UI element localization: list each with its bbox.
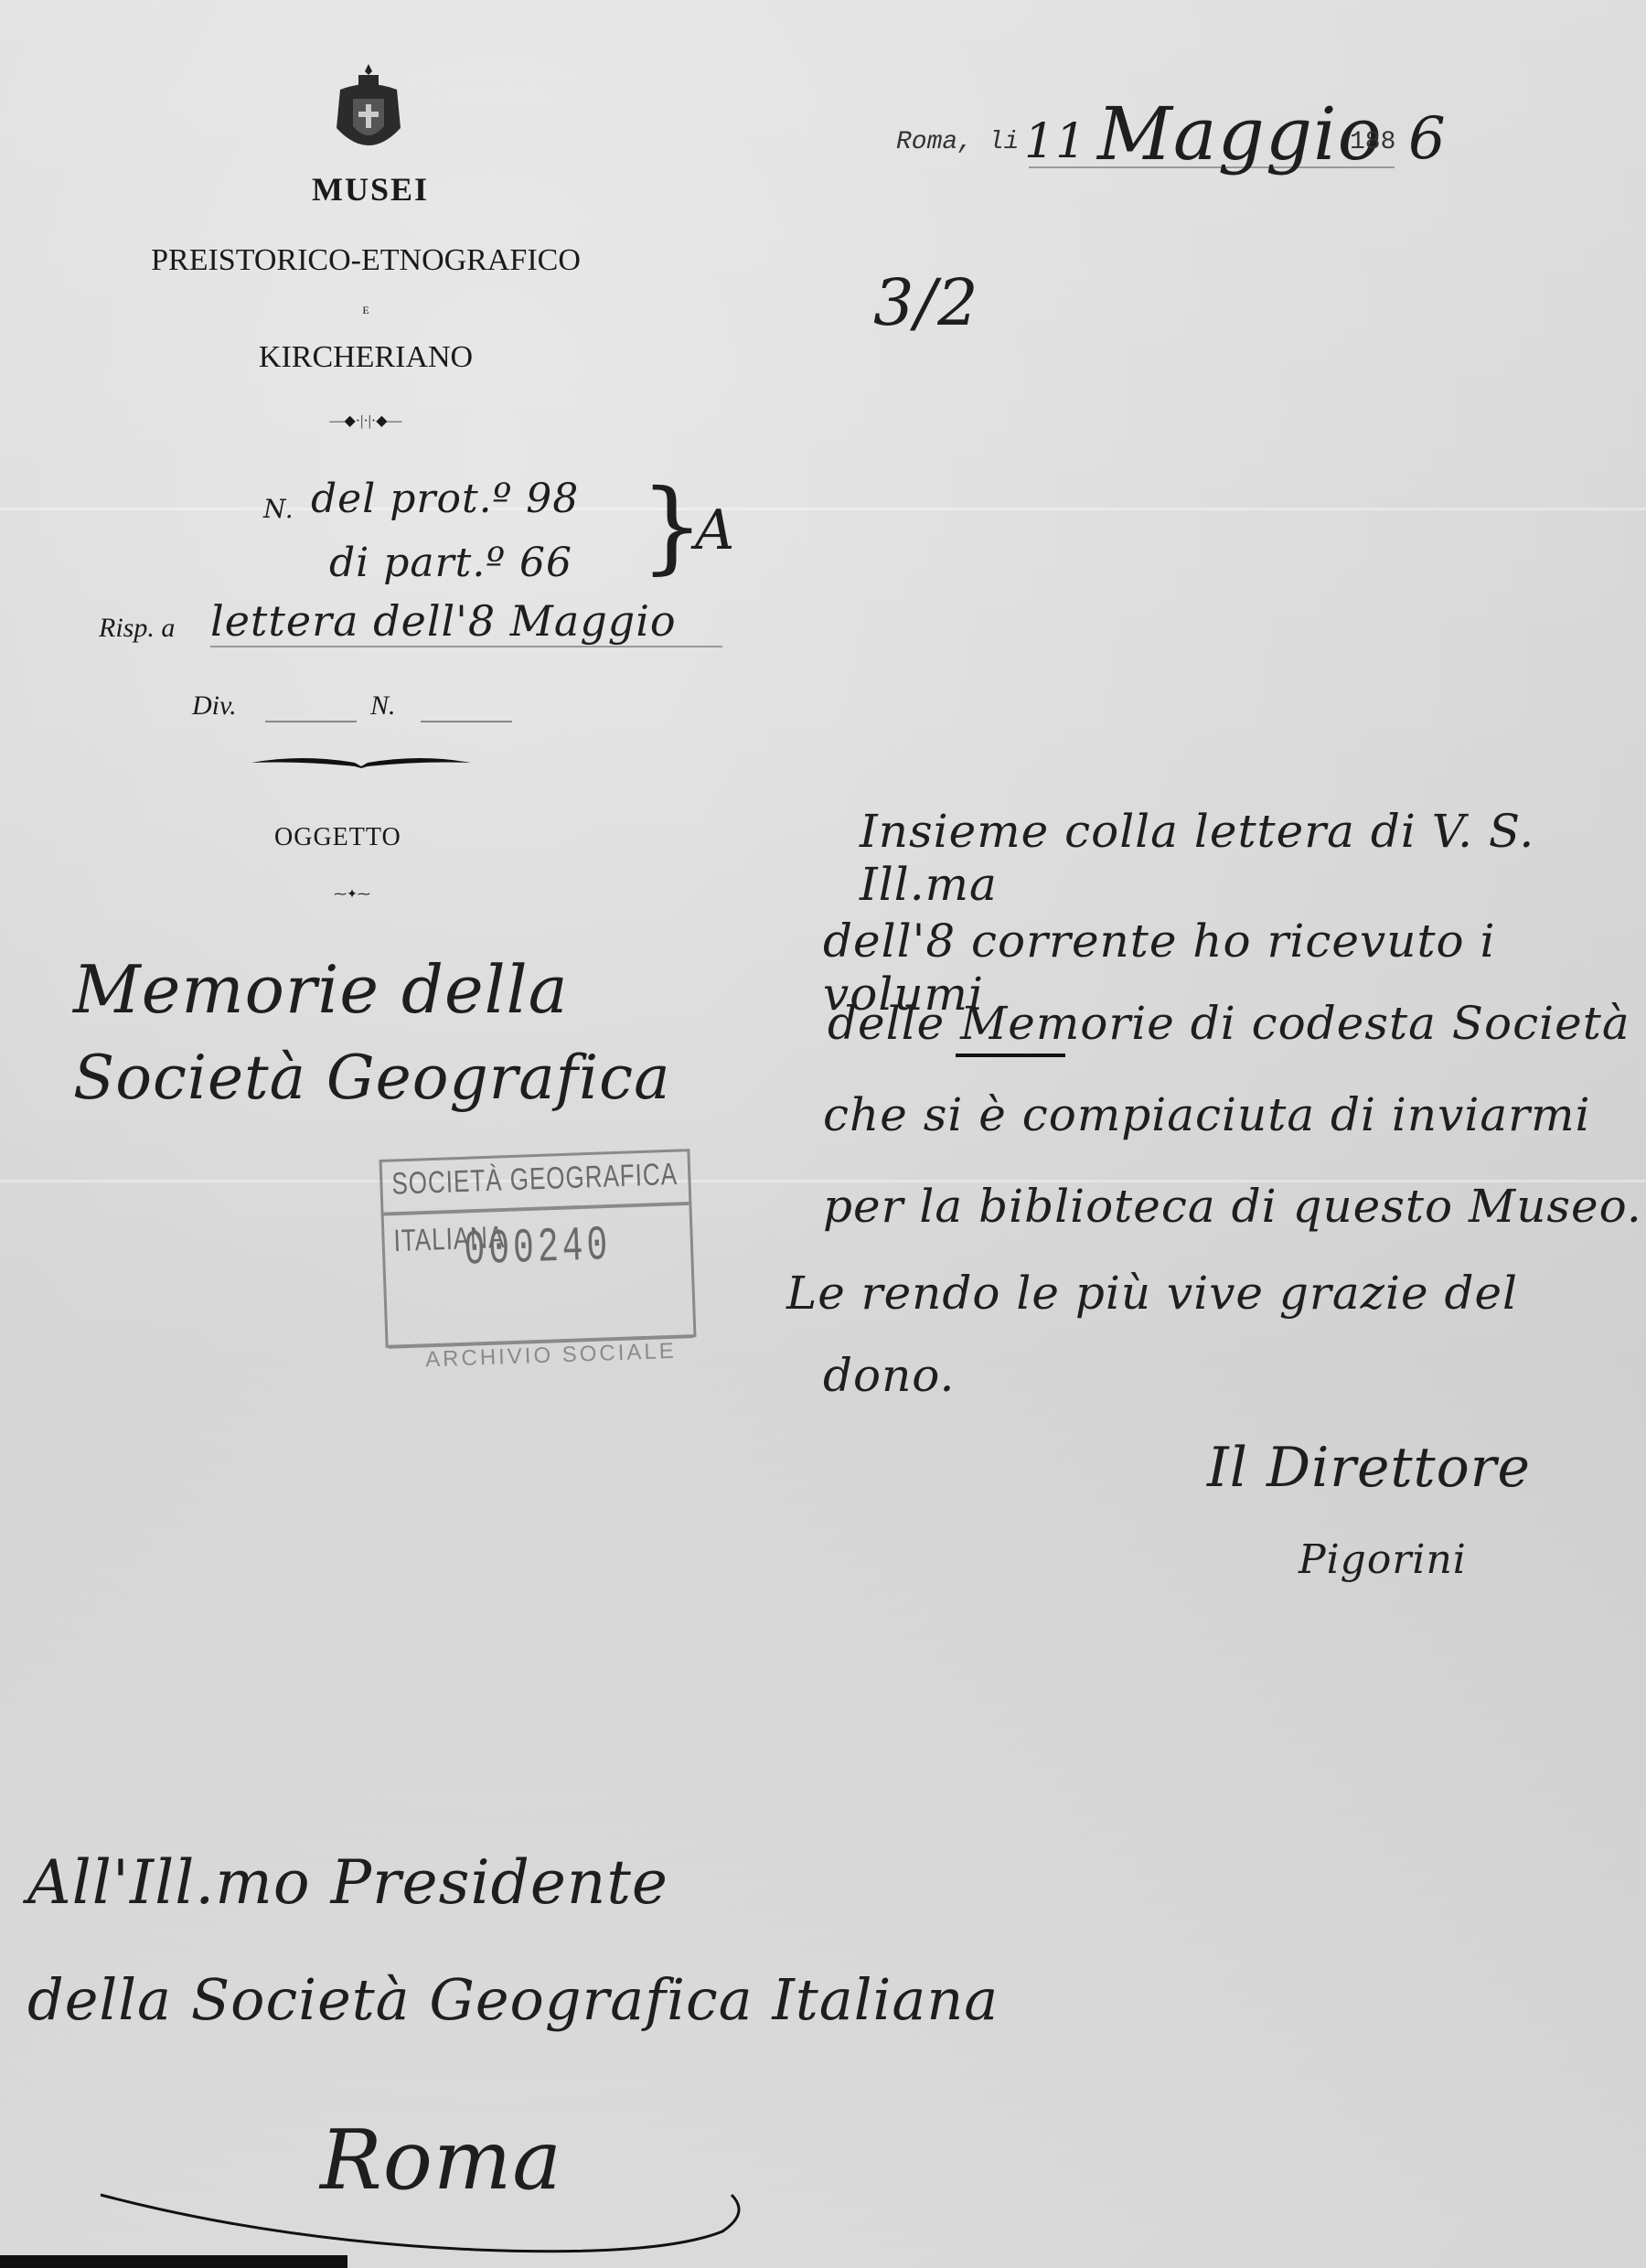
body-line-5: per la biblioteca di questo Museo.	[823, 1180, 1642, 1233]
addressee-flourish	[91, 2177, 750, 2259]
paper-fold-line	[0, 508, 1646, 510]
protocol-number-value: del prot.º 98	[311, 476, 579, 522]
subject-line-1: Memorie della	[73, 951, 569, 1028]
reply-value: lettera dell'8 Maggio	[210, 596, 722, 647]
div-label: Div.	[192, 690, 237, 722]
letterhead-ornament: —◆·|·|·◆—	[302, 412, 430, 430]
reply-label: Risp. a	[99, 613, 175, 644]
letterhead-title: MUSEI	[238, 170, 503, 209]
body-line-3: delle Memorie di codesta Società	[828, 997, 1630, 1050]
subject-line-2: Società Geografica	[73, 1043, 670, 1113]
n-label: N.	[370, 690, 396, 722]
subject-ornament: ⁓✦⁓	[325, 887, 379, 903]
signature-name: Pigorini	[1299, 1536, 1467, 1583]
protocol-number-label: N.	[263, 494, 294, 524]
archive-stamp: SOCIETÀ GEOGRAFICA ITALIANA 000240 ARCHI…	[379, 1149, 697, 1348]
body-line-6: Le rendo le più vive grazie del	[786, 1267, 1518, 1320]
folio-mark: 3/2	[873, 265, 979, 340]
date-day: 11	[1024, 114, 1086, 169]
memorie-underline	[956, 1054, 1065, 1057]
date-place-label: Roma, li	[896, 128, 1019, 156]
body-line-7: dono.	[823, 1349, 955, 1402]
addressee-line-2: della Società Geografica Italiana	[27, 1966, 999, 2033]
letterhead-subtitle: PREISTORICO-ETNOGRAFICO	[91, 243, 640, 278]
date-year-handwritten: 6	[1408, 105, 1447, 173]
body-line-1: Insieme colla lettera di V. S. Ill.ma	[860, 805, 1646, 911]
decorative-divider	[247, 750, 476, 772]
stamp-footer: ARCHIVIO SOCIALE	[389, 1335, 695, 1382]
n-field	[421, 695, 512, 722]
stamp-number: 000240	[384, 1216, 691, 1282]
bracket-letter: A	[695, 498, 735, 562]
div-field	[265, 695, 357, 722]
partial-number-value: di part.º 66	[329, 540, 572, 586]
subject-label: OGGETTO	[274, 823, 401, 852]
royal-coat-of-arms-icon	[331, 62, 406, 163]
letterhead-museum-name: KIRCHERIANO	[183, 340, 549, 375]
stamp-header: SOCIETÀ GEOGRAFICA ITALIANA	[381, 1145, 689, 1216]
signature-title: Il Direttore	[1207, 1436, 1531, 1500]
addressee-line-1: All'Ill.mo Presidente	[27, 1847, 668, 1918]
date-month: Maggio	[1097, 91, 1383, 177]
page-edge-shadow	[0, 2255, 347, 2268]
body-line-4: che si è compiaciuta di inviarmi	[823, 1088, 1590, 1141]
letterhead-conjunction: E	[329, 304, 402, 317]
date-year-printed: 188	[1350, 128, 1395, 156]
